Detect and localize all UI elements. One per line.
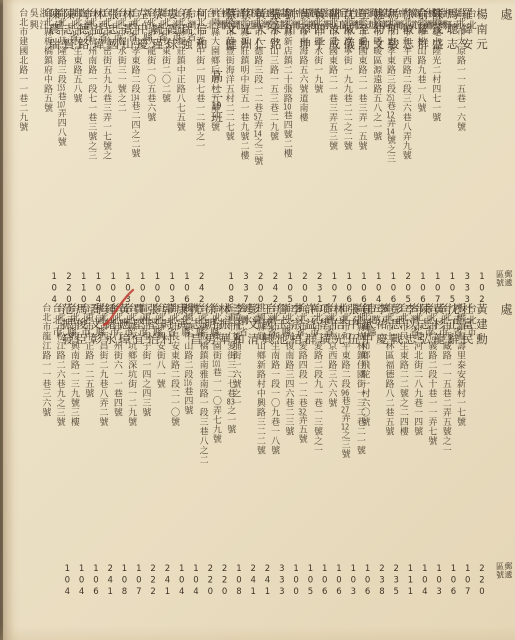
postal-code: 104 (62, 564, 71, 599)
postal-code: 104 (49, 272, 58, 307)
class-label: 高三19班 (210, 8, 224, 300)
entry-column: 王至勳台灣宜蘭台北市愛國東路二一巷三弄五三號106 (357, 8, 371, 300)
entry-column: 陳志弘台灣省台北市民生東路二二號之二四樓104 (418, 303, 432, 585)
entry-column: 張堅怡福州市台北縣深坑鄉深坑街一二九號222 (146, 303, 160, 585)
entry-column: 郭時村台北縣三重市里子街一四之四三號241 (160, 303, 174, 585)
student-name: 左中慶 (136, 8, 150, 56)
entry-column: 鍾緒永桃園縣三重市中正路一二五號241 (103, 303, 117, 585)
student-name: 張堅怡 (146, 303, 160, 351)
student-name: 陳農瑞 (47, 8, 61, 56)
student-name: 劉川 (283, 8, 297, 56)
postal-code: 106 (344, 272, 353, 307)
student-name: 藺汝成 (328, 8, 342, 56)
postal-code-label: 郵遞區號 (497, 562, 512, 584)
postal-code: 107 (134, 564, 143, 599)
student-name: 黃大仁 (254, 8, 268, 56)
entry-column: 馬俊臣台南縣台北市松江路二六巷九之三號104 (75, 303, 89, 585)
header-label: 姓名籍貫通訊處 (498, 303, 515, 548)
entry-column: 黃應璋台北市台北市西昌街二九巷八弄二號108 (118, 303, 132, 585)
postal-code: 235 (391, 564, 400, 599)
student-name: 李以忠 (404, 303, 418, 351)
student-name: 林益瑋 (92, 8, 106, 56)
entry-column: 孫瑞強上海市台北市安東街二〇二號106 (180, 8, 194, 300)
postal-code: 104 (77, 564, 86, 599)
entry-column: 林振華台北縣台北縣板橋鎮南雅南路一段三巷八之二號220 (218, 303, 232, 585)
column-headers: 姓名籍貫通訊處 (498, 8, 512, 300)
student-name: 林景山 (121, 8, 135, 56)
entry-column: 徐敏志台灣基隆基隆市暖暖區源遠路五八之一號205 (401, 8, 415, 300)
entry-column: 陳農瑞浙江吳興台北市建國北路一一巷二九號104 (47, 8, 61, 300)
student-name: 馬明駿 (387, 8, 401, 56)
student-name: 孫瑞強 (180, 8, 194, 56)
postal-code: 100 (108, 272, 117, 307)
student-name: 郭時村 (160, 303, 174, 351)
student-name: 蔡毓瑾 (151, 8, 165, 56)
entry-column: 沈威儀浙江紹興台北市麗水街一九號106 (342, 8, 356, 300)
postal-code: 104 (374, 272, 383, 307)
entry-column: 陶德路湖北省台北市基隆路三段155巷107弄四八號110 (77, 8, 91, 300)
student-name: 黃四宇 (313, 8, 327, 56)
postal-code: 100 (153, 272, 162, 307)
student-name: 陳志弘 (418, 303, 432, 351)
postal-code: 106 (389, 272, 398, 307)
postal-code: 107 (433, 272, 442, 307)
postal-code: 205 (403, 272, 412, 307)
student-name: 陳志賢 (62, 8, 76, 56)
student-name: 陶德路 (77, 8, 91, 56)
entry-column: 張永銘台灣桃園台北縣新莊鎮明中街五一巷九號二樓242 (269, 8, 283, 300)
entry-column: 李祐慶台北縣台北縣樹林鎮佳園街一三二巷二一號238 (375, 303, 389, 585)
postal-code: 104 (94, 272, 103, 307)
postal-code: 222 (148, 564, 157, 599)
entry-column: 左中慶江西省台北市麗水街三一號之二100 (136, 8, 150, 300)
postal-code: 231 (315, 272, 324, 307)
student-name: 馬俊臣 (75, 303, 89, 351)
postal-code: 241 (105, 564, 114, 599)
student-name: 俞耀群 (416, 8, 430, 56)
mailing-address: 台北市龍江路一一巷三六號 (39, 303, 50, 467)
entry-column: 喬文彰台北市台北市復興南路一三九號三樓106 (89, 303, 103, 585)
postal-code: 238 (377, 564, 386, 599)
column-headers: 姓名籍貫通訊處 (498, 303, 512, 585)
postal-code: 241 (162, 564, 171, 599)
entry-column: 馬明駿遼寧海城台北市愛國東路二一巷三弄一五號106 (387, 8, 401, 300)
postal-code: 242 (271, 272, 280, 307)
postal-code: 106 (418, 272, 427, 307)
student-name: 楊南元 (475, 8, 489, 56)
student-name: 徐敏志 (401, 8, 415, 56)
postal-code: 241 (248, 564, 257, 599)
postal-code: 337 (241, 272, 250, 307)
postal-code: 107 (330, 272, 339, 307)
entry-column: 俞耀群廣東中山台北市忠孝東路三段251巷12弄14號之三106 (416, 8, 430, 300)
student-name: 項學璜 (318, 303, 332, 351)
student-name: 婁霞球 (165, 8, 179, 56)
entry-column: 蔡毓瑾新竹縣台北市忠孝東路二段134巷二四之二號100 (151, 8, 165, 300)
student-name: 蔡光洲 (239, 8, 253, 56)
student-name: 鈕承中 (361, 303, 375, 351)
entry-column: 李以忠江西台北市士林區福德路八二巷五號111 (404, 303, 418, 585)
postal-code: 220 (205, 564, 214, 599)
entry-column: 李宗梧南投縣台北市新生南路一段一〇九巷一八號100 (289, 303, 303, 585)
entry-column: 彭文清台灣省三重市仁愛街三二七巷83之一號241 (246, 303, 260, 585)
student-name: 范振發 (60, 303, 74, 351)
student-name: 陳茂盛 (431, 8, 445, 56)
entry-column: 林信光台灣省台北市仁愛路二段九一巷一三號之一106 (332, 303, 346, 585)
native-place: 台北市 (50, 303, 60, 353)
header-label: 姓名籍貫通訊處 (498, 8, 515, 258)
entry-column: 詹玉池台灣省桃園縣龜山鄉新路村中興路三二二號333 (275, 303, 289, 585)
postal-code: 220 (220, 564, 229, 599)
entry-column: 陳志賢福建台北縣板橋鎮府中路五號220 (62, 8, 76, 300)
postal-code: 200 (256, 272, 265, 307)
entry-column: 藺汝成雲南騰衝台北市南海路五六號道南樓107 (328, 8, 342, 300)
postal-code: 108 (120, 564, 129, 599)
entry-column: 馬聰志台灣桃園台北市松山路九巷一八號105 (446, 8, 460, 300)
entry-column: 徐明男台北縣板橋鎮中山路二段116巷四號220 (203, 303, 217, 585)
student-name: 沈威儀 (342, 8, 356, 56)
entry-column: 沈志昌彰化縣台北市長安東路二段二一〇號104 (189, 303, 203, 585)
postal-code: 106 (448, 564, 457, 599)
entry-column: 李中和浙江台北市東園街101巷一一〇弄七九號108 (232, 303, 246, 585)
student-name: 許益群 (303, 303, 317, 351)
entry-column: 婁霞球湖北省台北市大龍街一〇五巷六號103 (165, 8, 179, 300)
entry-column: 沈正辭台北市台北市信義路二段十巷一一弄七號106 (446, 303, 460, 585)
entry-column: 王國興江蘇漣水三重市後埔街一六號之一241 (261, 303, 275, 585)
bottom-edge-shadow (0, 626, 515, 640)
postal-code: 200 (300, 272, 309, 307)
student-name: 喬文彰 (89, 303, 103, 351)
student-name: 李宗梧 (289, 303, 303, 351)
postal-code: 103 (167, 272, 176, 307)
postal-code: 103 (348, 564, 357, 599)
entry-column: 康寅湖北省台北市興安街八一號104 (175, 303, 189, 585)
student-name: 黃應璋 (118, 303, 132, 351)
entry-column: 黃大仁江西清江基隆市薛豐街海洋五村二二七號200 (254, 8, 268, 300)
entry-column: 張中伍山東台北市南京西路三六六號103 (346, 303, 360, 585)
postal-code: 106 (182, 272, 191, 307)
student-name: 張中伍 (346, 303, 360, 351)
entry-column: 柯信和台灣省台北縣新莊鎮中正路八七五號242 (195, 8, 209, 300)
entry-column: 黃建勳台北市板橋鎮福壽里泰安新村一七號220 (475, 303, 489, 585)
postal-code: 102 (477, 272, 486, 307)
entry-column: 羅緯安湖南湘鄉桃園龜山陸光二村四七一號333 (460, 8, 474, 300)
postal-code: 110 (79, 272, 88, 307)
student-name: 李祐慶 (375, 303, 389, 351)
postal-code: 108 (226, 272, 235, 307)
entry-column: 賈堅宜台北市台北市汀州街六一一巷四號107 (132, 303, 146, 585)
student-name: 鍾緒永 (103, 303, 117, 351)
student-name: 王國興 (261, 303, 275, 351)
postal-code: 106 (363, 564, 372, 599)
entry-column: 蔡光洲台灣桃園桃園縣大園鄉后厝村五鄰一號337 (239, 8, 253, 300)
entry-column: 蔡文健台灣台北台北市漢中街一四七巷一二號之一108 (224, 8, 238, 300)
postal-code: 103 (434, 564, 443, 599)
native-place: 浙江吳興 (27, 8, 47, 58)
mailing-address: 台北市建國北路一一巷二九號 (16, 8, 27, 168)
entry-column: 范振發台北市台北市龍江路一一巷三六號104 (60, 303, 74, 585)
postal-code: 108 (234, 564, 243, 599)
student-name: 彭思戰 (389, 303, 403, 351)
class-label-text: 高三19班 (209, 70, 224, 300)
postal-code: 333 (277, 564, 286, 599)
student-name: 李中和 (232, 303, 246, 351)
student-name: 沈志昌 (189, 303, 203, 351)
student-name: 蔡文健 (224, 8, 238, 56)
student-name: 林信光 (332, 303, 346, 351)
postal-code: 242 (197, 272, 206, 307)
student-name: 黃建勳 (475, 303, 489, 351)
entry-column: 林景山台北市台北市哈密街五九九巷三弄一七號之一103 (121, 8, 135, 300)
postal-code: 100 (138, 272, 147, 307)
entry-column: 劉川福建惠安台北市八德路三段一二巷57弄14之三號105 (283, 8, 297, 300)
student-name: 黃添坤 (298, 8, 312, 56)
entry-column: 陳茂盛台灣新竹台北市和平西路二段三六巷八弄九號107 (431, 8, 445, 300)
postal-code: 106 (359, 272, 368, 307)
student-name: 杜富民 (461, 303, 475, 351)
student-name: 張忠國 (106, 8, 120, 56)
student-name: 黃杉龍 (432, 303, 446, 351)
directory-block-top: 姓名籍貫通訊處郵遞區號楊南元台北台北市太原路一一五巷一六號102羅緯安湖南湘鄉桃… (0, 8, 515, 300)
postal-code: 107 (463, 564, 472, 599)
student-name: 彭文清 (246, 303, 260, 351)
postal-code: 106 (334, 564, 343, 599)
student-name: 康寅 (175, 303, 189, 351)
postal-code: 105 (448, 272, 457, 307)
student-name: 柯信和 (195, 8, 209, 56)
postal-code: 104 (191, 564, 200, 599)
entry-column: 彭思戰廣東五華台北縣中和鄉飛駝一村六〇號235 (389, 303, 403, 585)
directory-block-bottom: 姓名籍貫通訊處郵遞區號黃建勳台北市板橋鎮福壽里泰安新村一七號220杜富民河南省台… (0, 303, 515, 585)
entry-column: 杜富民河南省台北市西藏路一一五巷二弄五號之一107 (461, 303, 475, 585)
student-name: 林振華 (218, 303, 232, 351)
student-name: 徐明男 (203, 303, 217, 351)
postal-code: 220 (477, 564, 486, 599)
entry-column: 林益瑋台灣省台北市民生東路五八號104 (92, 8, 106, 300)
postal-code: 100 (291, 564, 300, 599)
student-name: 姚幼文 (372, 8, 386, 56)
student-name: 羅緯安 (460, 8, 474, 56)
student-name: 王至勳 (357, 8, 371, 56)
postal-code: 104 (177, 564, 186, 599)
entry-column: 項學璜南京市台北市仁愛路四段一二巷32弄五號106 (318, 303, 332, 585)
postal-code: 333 (462, 272, 471, 307)
postal-code: 105 (305, 564, 314, 599)
postal-code: 105 (285, 272, 294, 307)
scanned-page: 姓名籍貫通訊處郵遞區號楊南元台北台北市太原路一一五巷一六號102羅緯安湖南湘鄉桃… (0, 0, 515, 640)
postal-code: 104 (420, 564, 429, 599)
entry-column: 黃四宇廣東中山台北縣新店鎮二十張路10巷四號二樓231 (313, 8, 327, 300)
student-name: 沈正辭 (446, 303, 460, 351)
postal-code: 241 (263, 564, 272, 599)
student-name: 張永銘 (269, 8, 283, 56)
entry-column: 許益群浙江省台北市光復南路三四六巷二三號105 (303, 303, 317, 585)
student-name: 馬聰志 (446, 8, 460, 56)
top-edge-shadow (0, 0, 515, 6)
entry-column: 姚幼文浙江建德台北市遼寧街一九九巷二二之二號104 (372, 8, 386, 300)
student-name: 賈堅宜 (132, 303, 146, 351)
student-name: 詹玉池 (275, 303, 289, 351)
postal-code: 106 (320, 564, 329, 599)
entry-column: 鈕承中福建台北市和平東路二段96巷27弄12之三號106 (361, 303, 375, 585)
postal-code: 111 (406, 564, 415, 599)
entry-column: 張忠國江西省台北市杭州南路一段七一巷三號之三100 (106, 8, 120, 300)
postal-code-label: 郵遞區號 (497, 270, 512, 292)
entry-column: 黃杉龍台北市台北市環河北街二八九巷一四號103 (432, 303, 446, 585)
postal-code: 106 (91, 564, 100, 599)
postal-code: 220 (64, 272, 73, 307)
entry-column: 黃添坤台灣基隆基隆市中山三路一五三巷二九號200 (298, 8, 312, 300)
entry-column: 楊南元台北台北市太原路一一五巷一六號102 (475, 8, 489, 300)
postal-code: 103 (123, 272, 132, 307)
